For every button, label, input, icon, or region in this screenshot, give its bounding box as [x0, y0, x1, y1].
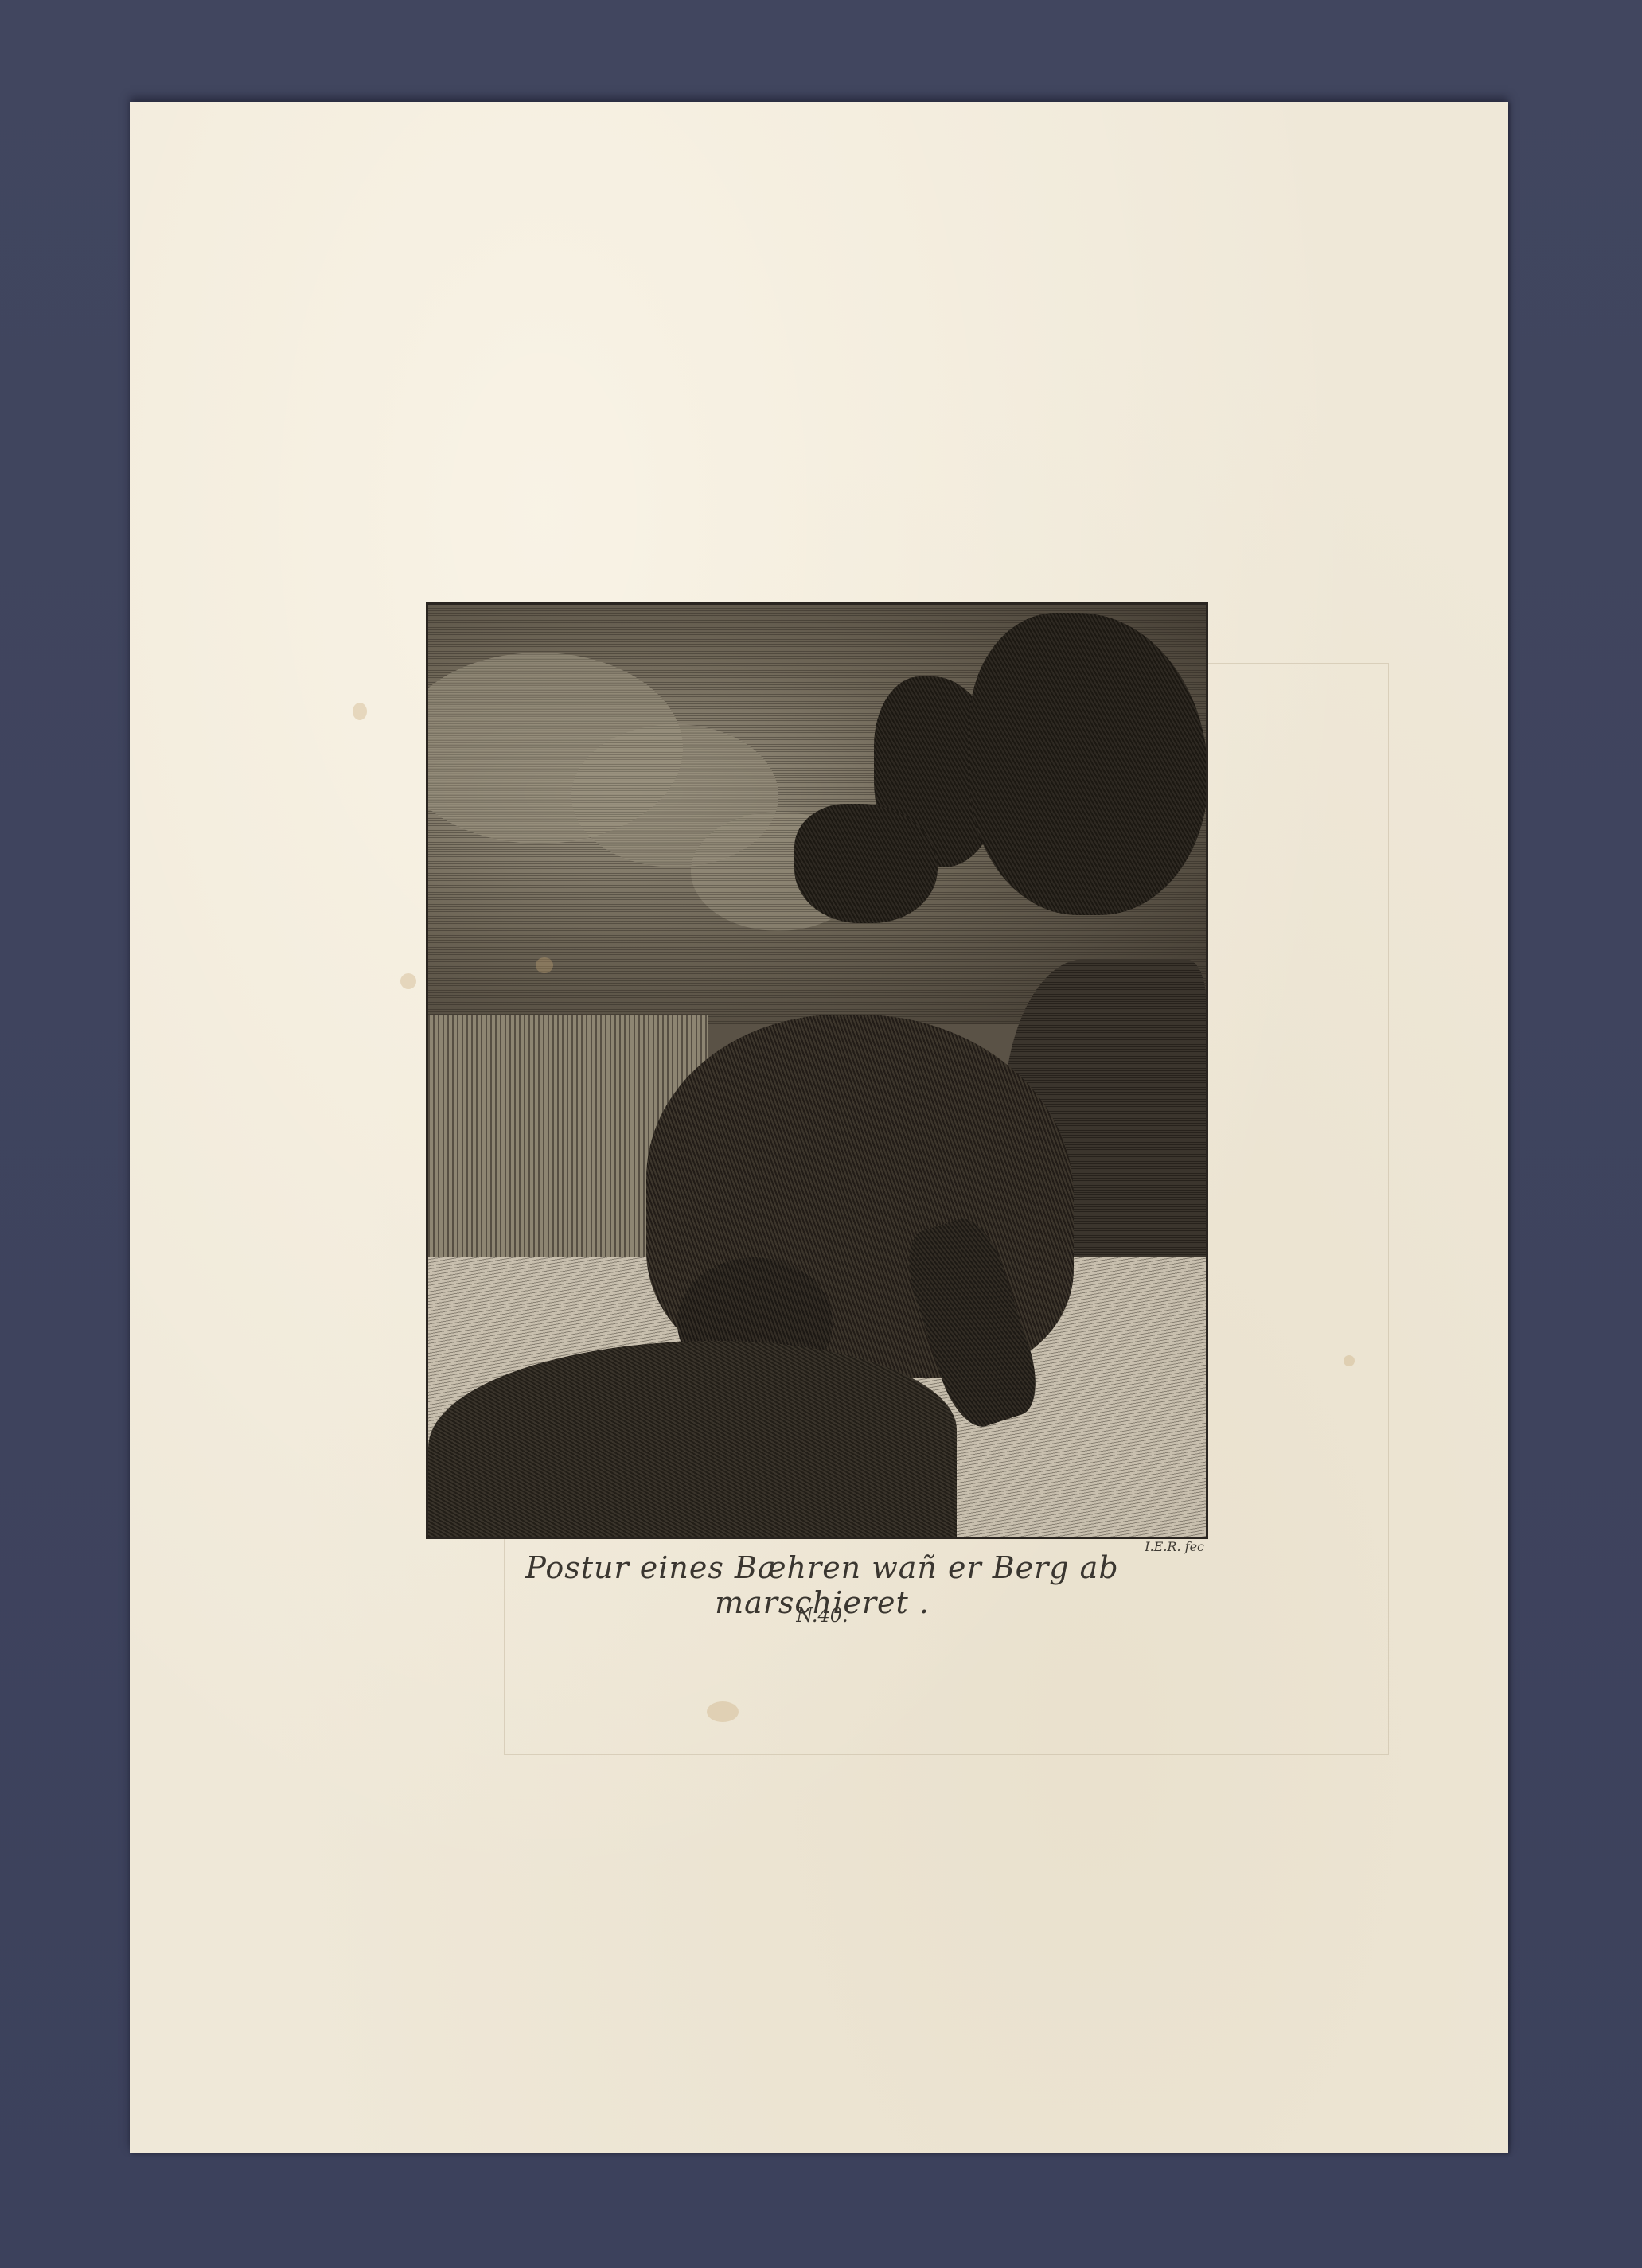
foxing-stain — [707, 1701, 739, 1722]
foxing-stain — [1344, 1355, 1355, 1366]
paper-sheet: I.E.R. fec Postur eines Bæhren wañ er Be… — [130, 102, 1508, 2153]
foxing-stain — [400, 973, 416, 989]
engraving-image — [426, 602, 1208, 1539]
foxing-stain — [353, 703, 367, 720]
foxing-stain — [536, 957, 553, 973]
plate-number: N.40. — [424, 1604, 1220, 1627]
